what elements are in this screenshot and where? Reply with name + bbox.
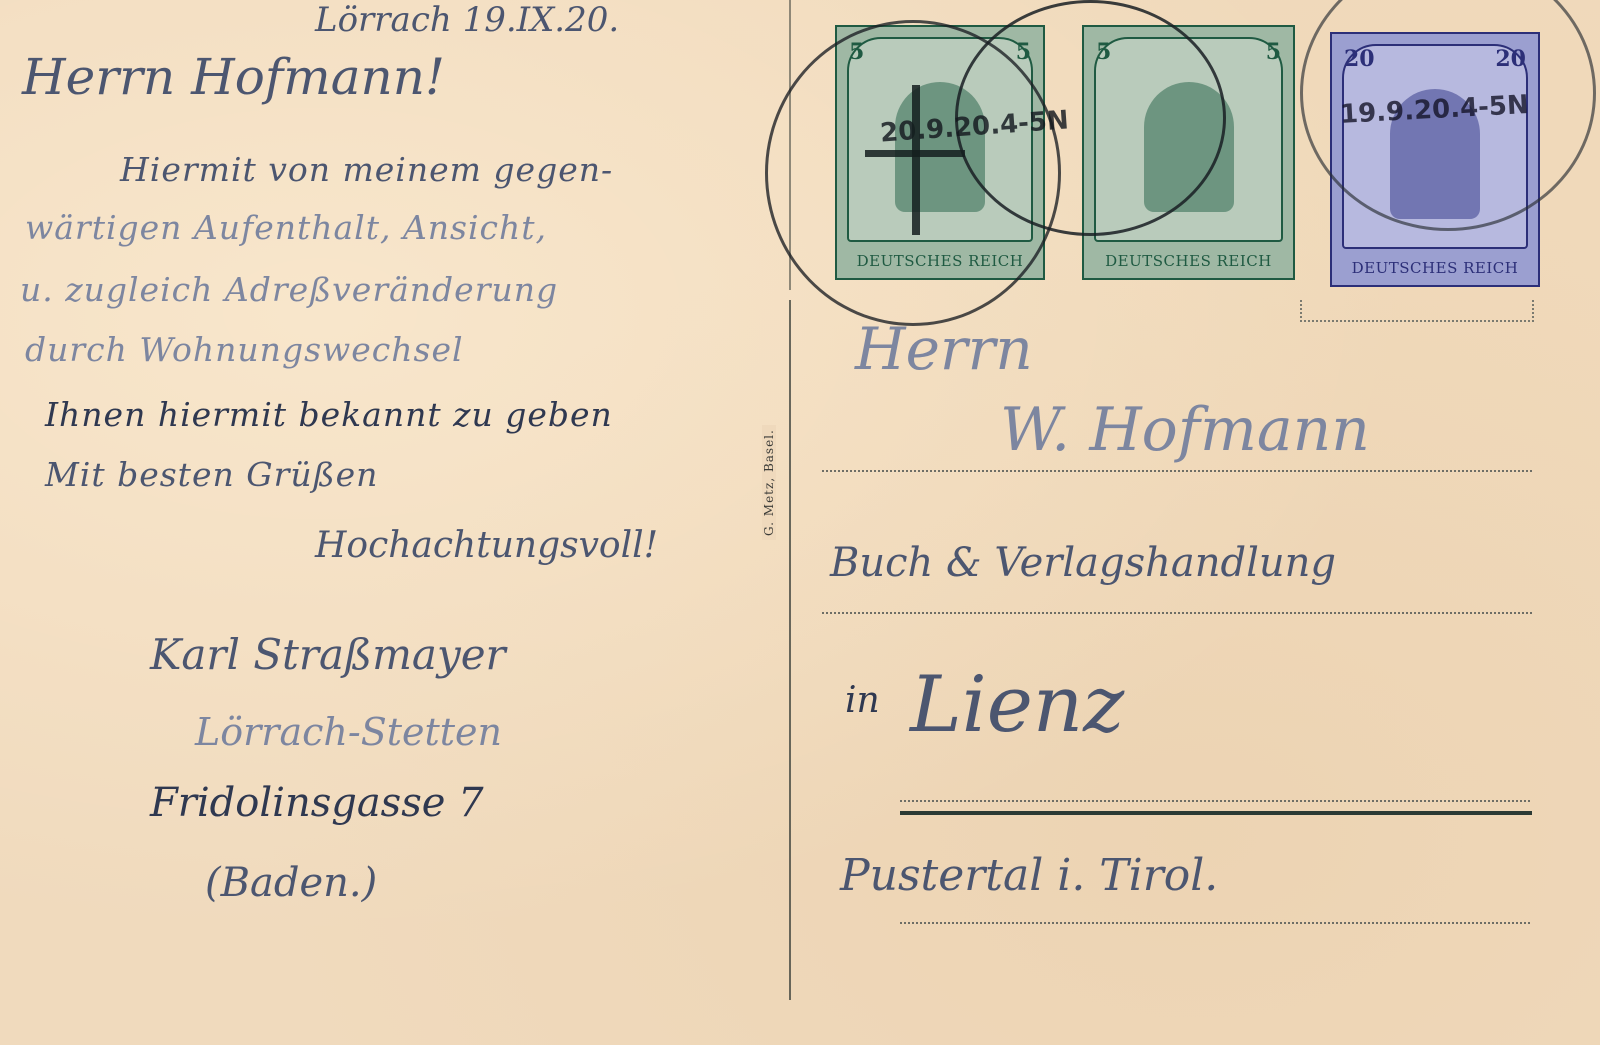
stamp-caption: DEUTSCHES REICH [1105, 252, 1272, 270]
message-line: durch Wohnungswechsel [25, 330, 464, 369]
sender-region: (Baden.) [205, 860, 377, 906]
recipient-name: W. Hofmann [1000, 395, 1370, 465]
message-line: Hiermit von meinem gegen- [120, 150, 613, 189]
divider-line [789, 300, 791, 1000]
postmark-cross-icon [865, 150, 965, 157]
publisher-imprint: G. Metz, Basel. [762, 425, 776, 540]
stamp-placement-box [1300, 300, 1534, 322]
message-closing: Hochachtungsvoll! [315, 525, 658, 566]
sender-street: Fridolinsgasse 7 [150, 780, 484, 826]
message-line: u. zugleich Adreßveränderung [20, 270, 558, 309]
stamp-caption: DEUTSCHES REICH [1352, 259, 1519, 277]
recipient-region: Pustertal i. Tirol. [840, 850, 1218, 901]
recipient-firm: Buch & Verlagshandlung [830, 540, 1336, 586]
sender-name: Karl Straßmayer [150, 630, 506, 679]
message-line: Ihnen hiermit bekannt zu geben [45, 395, 613, 434]
address-line-dotted [900, 800, 1530, 802]
message-line: wärtigen Aufenthalt, Ansicht, [25, 208, 547, 247]
recipient-city: Lienz [910, 660, 1124, 750]
address-line-dotted [822, 612, 1532, 614]
address-line-dotted [900, 922, 1530, 924]
address-line-dotted [822, 470, 1532, 472]
message-line: Mit besten Grüßen [45, 455, 378, 494]
place-date: Lörrach 19.IX.20. [315, 0, 619, 40]
postcard-back: Lörrach 19.IX.20. Herrn Hofmann! Hiermit… [0, 0, 1600, 1045]
message-salutation: Herrn Hofmann! [22, 48, 445, 106]
stamp-value: 5 [1266, 39, 1281, 65]
address-line-solid [900, 811, 1532, 815]
sender-town: Lörrach-Stetten [195, 710, 502, 754]
postmark-cross-icon [912, 85, 920, 235]
address-salutation: Herrn [855, 315, 1033, 383]
city-prefix: in [845, 680, 880, 721]
